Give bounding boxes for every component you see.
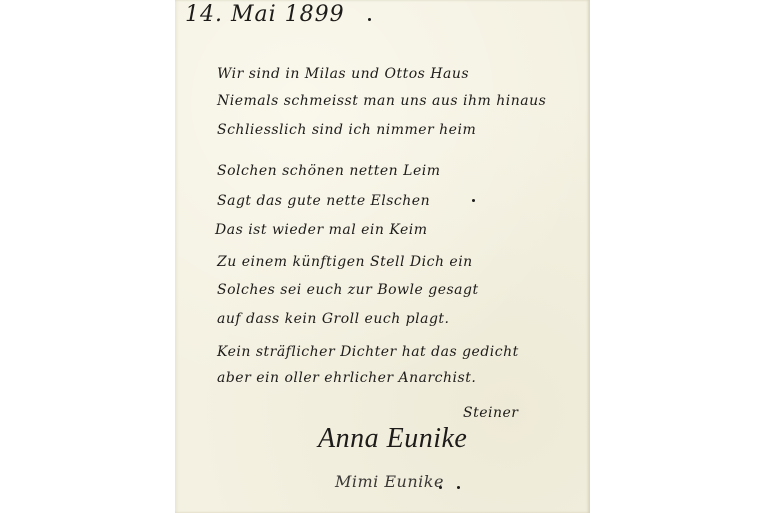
letter-paper: 14. Mai 1899 Wir sind in Milas und Ottos… [175, 0, 590, 513]
ink-dot [439, 486, 442, 489]
ink-dot [457, 486, 460, 489]
letter-line: Sagt das gute nette Elschen [217, 193, 430, 209]
letter-line: Das ist wieder mal ein Keim [215, 222, 427, 238]
signature-steiner: Steiner [463, 405, 518, 421]
letter-line: aber ein oller ehrlicher Anarchist. [217, 370, 476, 386]
signature-anna-eunike: Anna Eunike [318, 423, 467, 455]
letter-date: 14. Mai 1899 [185, 2, 345, 27]
letter-line: auf dass kein Groll euch plagt. [217, 311, 449, 327]
letter-line: Solches sei euch zur Bowle gesagt [217, 282, 479, 298]
letter-line: Solchen schönen netten Leim [217, 163, 441, 179]
letter-line: Niemals schmeisst man uns aus ihm hinaus [217, 93, 546, 109]
signature-mimi-eunike: Mimi Eunike [335, 472, 444, 491]
letter-line: Schliesslich sind ich nimmer heim [217, 122, 476, 138]
letter-line: Kein sträflicher Dichter hat das gedicht [217, 344, 519, 360]
letter-line: Wir sind in Milas und Ottos Haus [217, 66, 469, 82]
ink-dot [472, 199, 475, 202]
ink-dot [368, 18, 371, 21]
letter-line: Zu einem künftigen Stell Dich ein [217, 254, 473, 270]
